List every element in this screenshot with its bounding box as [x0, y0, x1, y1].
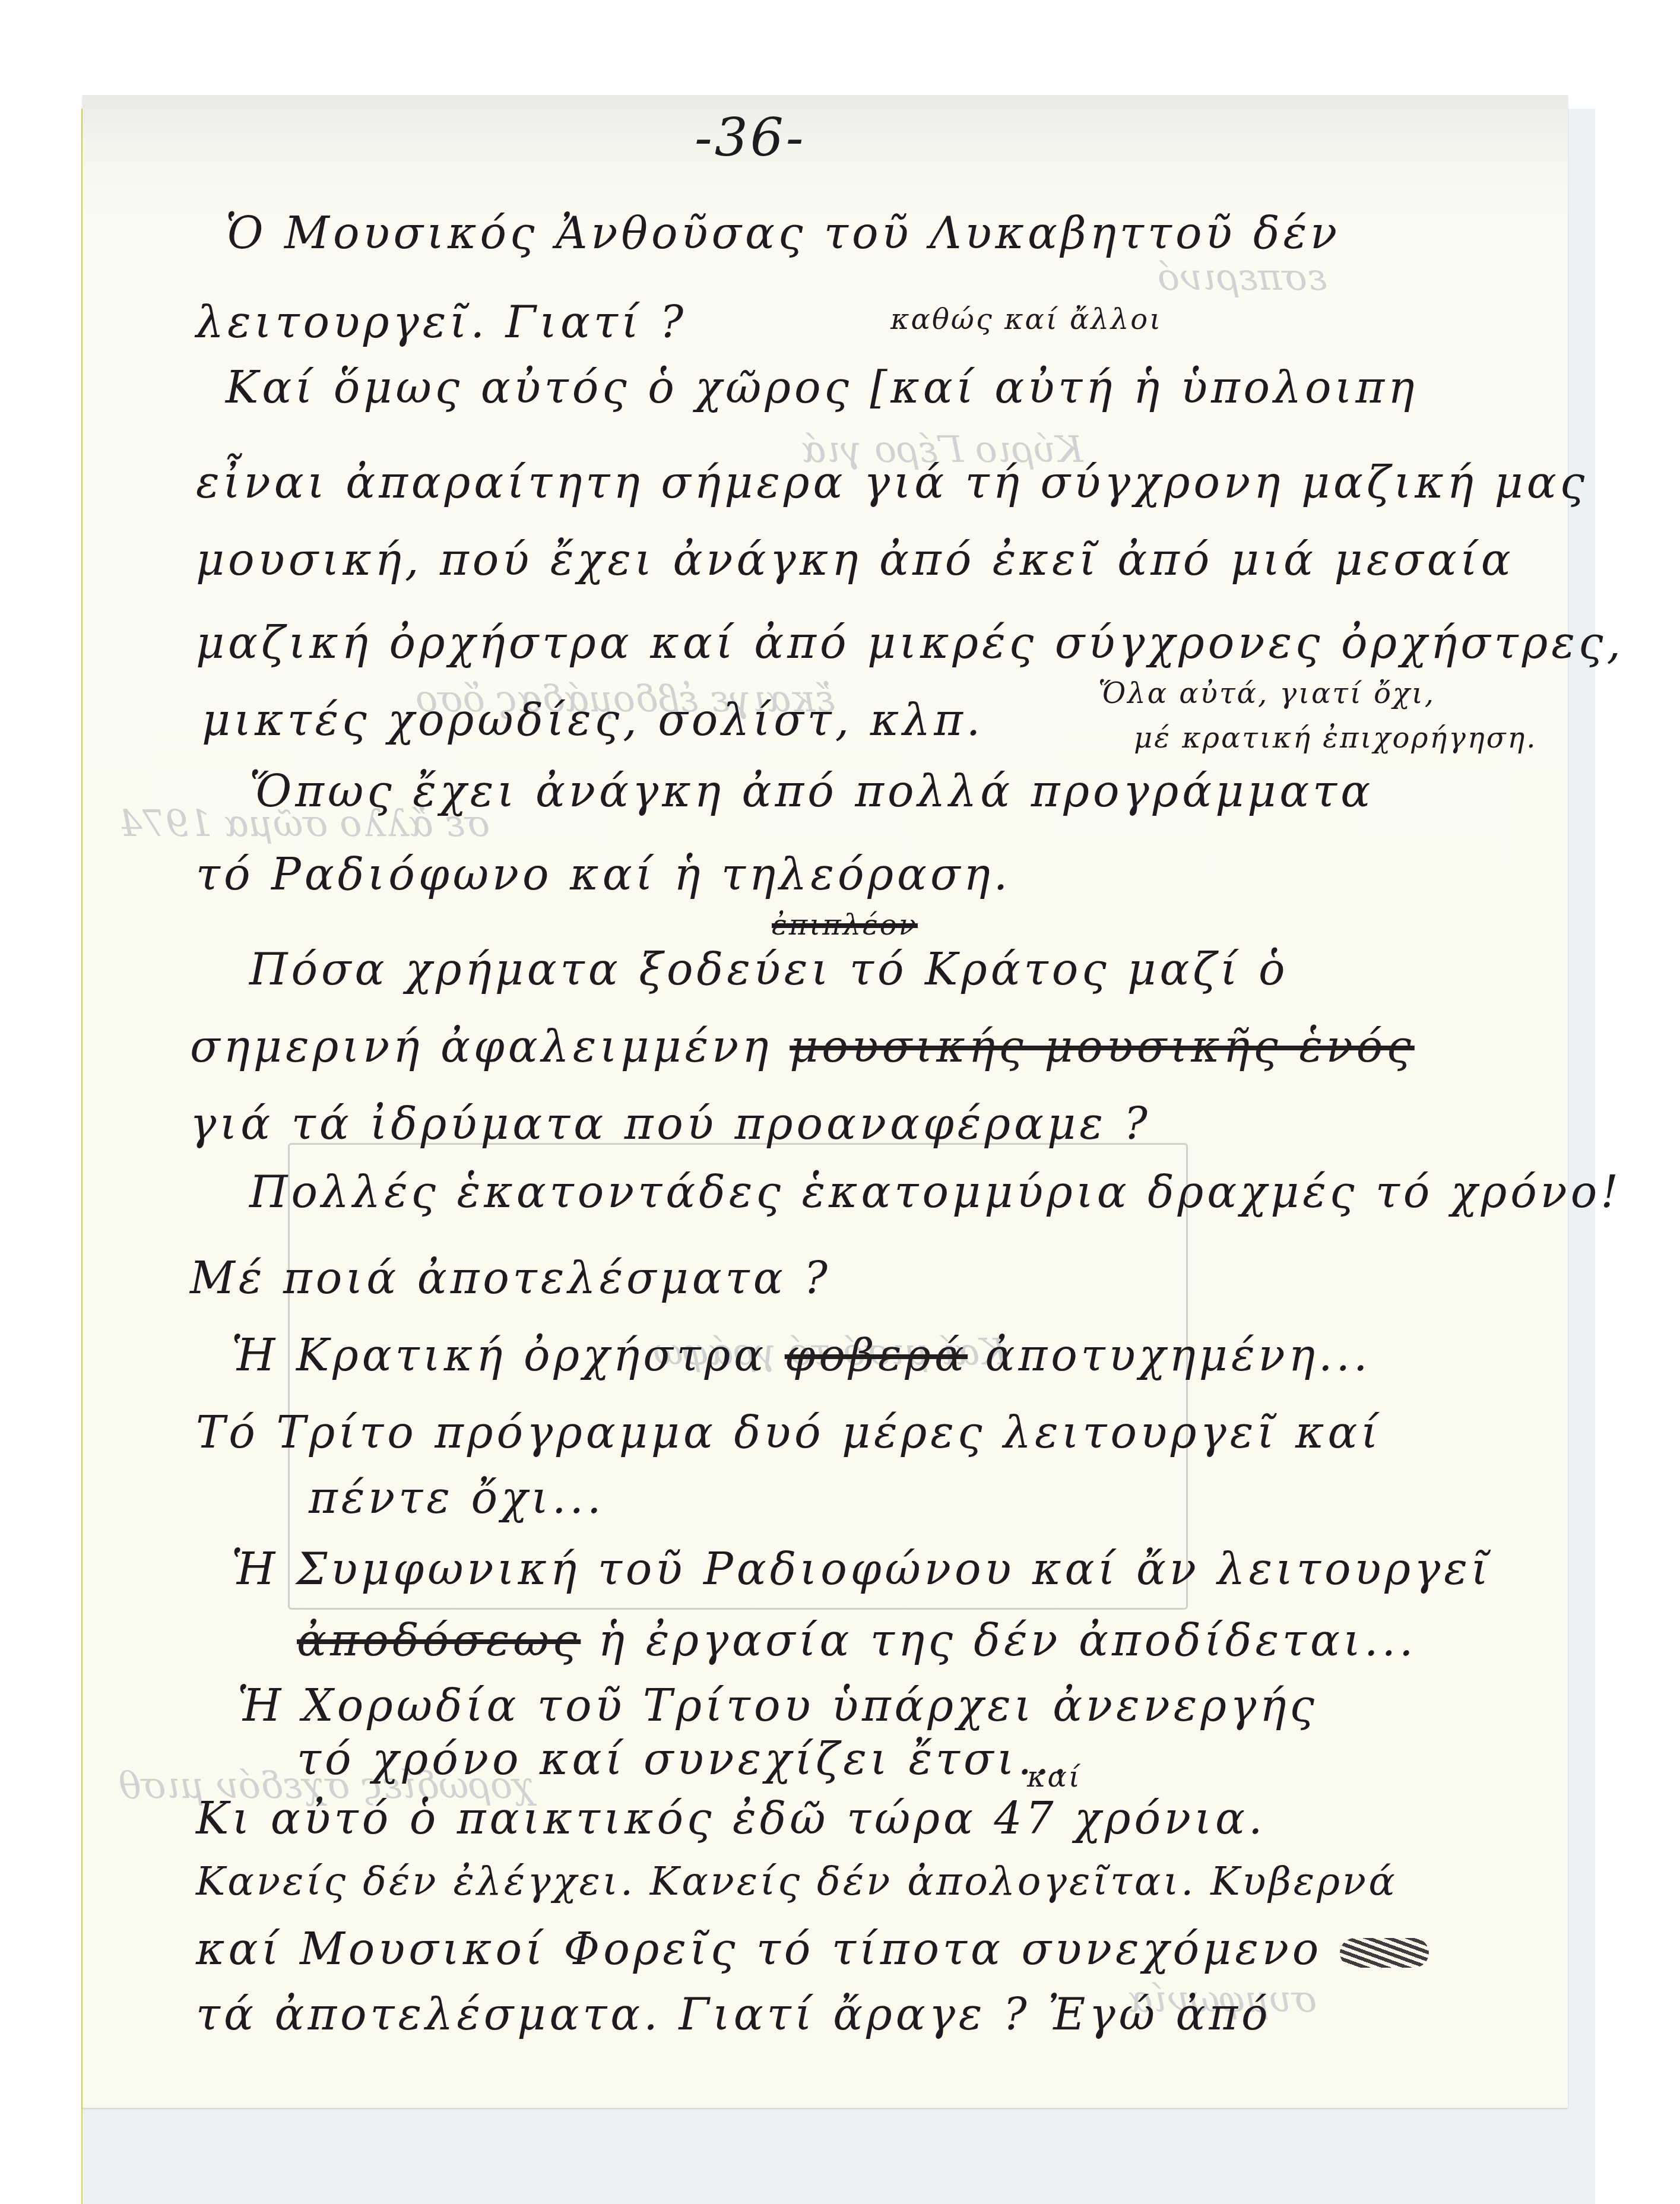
- manuscript-line: Πολλές ἑκατοντάδες ἑκατομμύρια δραχμές τ…: [249, 1167, 1622, 1218]
- manuscript-line: Κι αὐτό ὁ παικτικός ἐδῶ τώρα 47 χρόνια.: [196, 1793, 1266, 1844]
- manuscript-line: Πόσα χρήματα ξοδεύει τό Κράτος μαζί ὁ: [249, 944, 1289, 995]
- manuscript-line: τό Ραδιόφωνο καί ἡ τηλεόραση.: [196, 849, 1011, 900]
- manuscript-line: Ἡ Κρατική ὀρχήστρα φοβερά ἀποτυχημένη...: [232, 1330, 1371, 1381]
- struck-inserted-text: ἐπιπλέον: [772, 908, 918, 942]
- manuscript-line: Ὁ Μουσικός Ἀνθοῦσας τοῦ Λυκαβηττοῦ δέν: [226, 208, 1340, 259]
- inserted-text: μέ κρατική ἐπιχορήγηση.: [1134, 721, 1538, 755]
- page-number: -36-: [695, 107, 806, 168]
- manuscript-line: μικτές χορωδίες, σολίστ, κλπ.: [202, 695, 984, 746]
- manuscript-line: Ἡ Συμφωνική τοῦ Ραδιοφώνου καί ἄν λειτου…: [232, 1544, 1492, 1595]
- manuscript-line: Ἡ Χορωδία τοῦ Τρίτου ὑπάρχει ἀνενεργής: [237, 1680, 1318, 1731]
- manuscript-line: εἶναι ἀπαραίτητη σήμερα γιά τή σύγχρονη …: [196, 457, 1588, 508]
- inserted-text: καθώς καί ἄλλοι: [890, 303, 1162, 336]
- manuscript-line: Τό Τρίτο πρόγραμμα δυό μέρες λειτουργεῖ …: [196, 1407, 1382, 1458]
- inserted-text: Ὅλα αὐτά, γιατί ὄχι,: [1098, 677, 1435, 710]
- manuscript-line: μαζική ὀρχήστρα καί ἀπό μικρές σύγχρονες…: [196, 617, 1624, 669]
- struck-text: φοβερά: [785, 1330, 968, 1381]
- manuscript-line: μουσική, πού ἔχει ἀνάγκη ἀπό ἐκεῖ ἀπό μι…: [196, 534, 1514, 585]
- line-text: σημερινή ἀφαλειμμένη: [190, 1021, 772, 1072]
- manuscript-line: τό χρόνο καί συνεχίζει ἔτσι...: [297, 1734, 1070, 1785]
- manuscript-line: Κανείς δέν ἐλέγχει. Κανείς δέν ἀπολογεῖτ…: [196, 1858, 1397, 1904]
- manuscript-line: καί Μουσικοί Φορεῖς τό τίποτα συνεχόμενο: [196, 1924, 1429, 1975]
- inserted-text: καί: [1027, 1760, 1082, 1794]
- manuscript-line: Μέ ποιά ἀποτελέσματα ?: [190, 1253, 831, 1304]
- manuscript-line: τά ἀποτελέσματα. Γιατί ἄραγε ? Ἐγώ ἀπό: [196, 1989, 1272, 2040]
- line-text: Ἡ Κρατική ὀρχήστρα: [232, 1330, 785, 1381]
- manuscript-line: πέντε ὄχι...: [309, 1472, 604, 1524]
- line-text: ἡ ἐργασία της δέν ἀποδίδεται...: [598, 1615, 1417, 1666]
- line-text: καί Μουσικοί Φορεῖς τό τίποτα συνεχόμενο: [196, 1924, 1340, 1975]
- manuscript-line: σημερινή ἀφαλειμμένη μουσικής μουσικῆς ἑ…: [190, 1021, 1415, 1072]
- manuscript-line: Ὅπως ἔχει ἀνάγκη ἀπό πολλά προγράμματα: [249, 766, 1374, 817]
- scribble-strike: [1340, 1938, 1429, 1968]
- manuscript-line: λειτουργεῖ. Γιατί ?: [196, 297, 687, 348]
- line-text: ἀποτυχημένη...: [985, 1330, 1371, 1381]
- manuscript-line: γιά τά ἰδρύματα πού προαναφέραμε ?: [190, 1098, 1151, 1149]
- struck-text: ἀποδόσεως: [297, 1615, 581, 1666]
- manuscript-line: ἀποδόσεως ἡ ἐργασία της δέν ἀποδίδεται..…: [297, 1615, 1417, 1666]
- struck-text: μουσικής μουσικῆς ἑνός: [790, 1021, 1415, 1072]
- manuscript-line: Καί ὅμως αὐτός ὁ χῶρος [καί αὐτή ἡ ὑπολο…: [226, 362, 1418, 413]
